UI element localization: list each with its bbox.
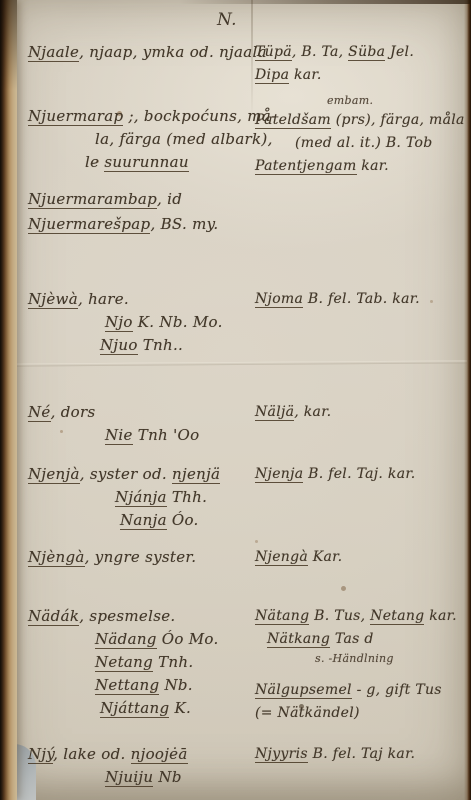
gloss-text: Tnh. <box>153 653 193 671</box>
entry-line: Njèwà, hare. <box>28 288 253 311</box>
entry-line: Nädang Óo Mo. <box>95 628 253 651</box>
entry-line: Nälgupsemel - g, gift Tus <box>255 679 465 702</box>
entry-right-column: Tüpä, B. Ta, Süba Jel.Dipa kar. <box>253 41 465 87</box>
gloss-text: kar. <box>357 158 389 174</box>
entry-line: Né, dors <box>28 401 253 424</box>
entry-line: Tüpä, B. Ta, Süba Jel. <box>255 41 465 64</box>
gloss-text: embam. <box>327 94 373 107</box>
entry-line: embam. <box>327 93 465 109</box>
gloss-text: (= Nätkändel) <box>255 705 360 721</box>
headword: Pateldšam <box>255 112 331 129</box>
gloss-text: , lake od. <box>53 745 130 763</box>
entry-right-column: embam.Pateldšam (prs), färga, måla(med a… <box>253 93 465 178</box>
entry-line: Nätang B. Tus, Netang kar. <box>255 605 465 628</box>
gloss-text: , kar. <box>294 404 331 420</box>
headword: Nälgupsemel <box>255 682 352 699</box>
headword: njoojėā <box>131 745 188 764</box>
gloss-text: la, färga (med albark), <box>95 130 273 148</box>
headword: Tüpä <box>255 44 292 61</box>
entry-line: Njuermarešpap, BS. my. <box>28 213 253 236</box>
gloss-text: (prs), färga, måla <box>331 112 465 128</box>
entry-line: Njaale, njaap, ymka od. njaala <box>28 41 253 64</box>
entry-line: Njèngà, yngre syster. <box>28 546 253 569</box>
entry-left-column: Njèwà, hare.Njo K. Nb. Mo.Njuo Tnh.. <box>17 288 253 357</box>
headword: Njuermarešpap <box>28 215 150 234</box>
entry-line: Nädák, spesmelse. <box>28 605 253 628</box>
gloss-text: Tnh.. <box>138 336 183 354</box>
gloss-text: Tas d <box>330 631 373 647</box>
entry-line: Njáttang K. <box>100 697 253 720</box>
headword: Njoma <box>255 291 303 308</box>
gloss-text: (med al. it.) B. Tob <box>295 135 432 151</box>
gloss-text: - g, gift Tus <box>352 682 442 698</box>
headword: Dipa <box>255 67 289 84</box>
headword: Patentjengam <box>255 158 357 175</box>
gloss-text: , hare. <box>78 290 129 308</box>
headword: Netang <box>95 653 153 672</box>
gloss-text: Tnh 'Oo <box>133 426 200 444</box>
headword: Njo <box>105 313 133 332</box>
entry-line: Njuo Tnh.. <box>100 334 253 357</box>
headword: Netang <box>370 608 424 625</box>
entry-line: Patentjengam kar. <box>255 155 465 178</box>
headword: Né <box>28 403 51 422</box>
dictionary-entry: Njèngà, yngre syster.Njengà Kar. <box>17 546 465 569</box>
headword: Nätkang <box>267 631 330 648</box>
entry-left-column: Njuermarap ;, bockpoćuns, må-la, färga (… <box>17 93 253 178</box>
entry-line: Njengà Kar. <box>255 546 465 569</box>
entry-line: Njoma B. fel. Tab. kar. <box>255 288 465 311</box>
entry-line: Njuermarap ;, bockpoćuns, må- <box>28 105 253 128</box>
headword: Nädák <box>28 607 79 626</box>
headword: Nie <box>105 426 133 445</box>
headword: Nettang <box>95 676 159 695</box>
manuscript-page-photo: N. Njaale, njaap, ymka od. njaalaTüpä, B… <box>0 0 471 800</box>
page-right-edge <box>464 0 471 800</box>
entry-line: Njánja Thh. <box>115 486 253 509</box>
entry-right-column <box>253 213 465 236</box>
headword: Nätang <box>255 608 309 625</box>
entry-line: Njuiju Nb <box>105 766 253 789</box>
entry-right-column: Nätang B. Tus, Netang kar.Nätkang Tas ds… <box>253 605 465 725</box>
dictionary-entry: Njenjà, syster od. njenjäNjánja Thh.Nanj… <box>17 463 465 532</box>
entry-line: le suurunnau <box>85 151 253 174</box>
dictionary-entry: Njuermarešpap, BS. my. <box>17 213 465 236</box>
gloss-text: , dors <box>51 403 96 421</box>
dictionary-entry: Njaale, njaap, ymka od. njaalaTüpä, B. T… <box>17 41 465 87</box>
gloss-text: Thh. <box>167 488 207 506</box>
headword: njenjä <box>172 465 220 484</box>
dictionary-entry: Njuermarambap, id <box>17 188 465 211</box>
headword: Njý <box>28 745 53 764</box>
entry-left-column: Né, dorsNie Tnh 'Oo <box>17 401 253 447</box>
headword: Njengà <box>255 549 308 566</box>
entry-right-column: Njengà Kar. <box>253 546 465 569</box>
entry-line: Nätkang Tas d <box>267 628 465 651</box>
entry-line: Näljä, kar. <box>255 401 465 424</box>
entry-left-column: Njuermarešpap, BS. my. <box>17 213 253 236</box>
gloss-text: B. fel. Taj. kar. <box>303 466 415 482</box>
dictionary-entry: Né, dorsNie Tnh 'OoNäljä, kar. <box>17 401 465 447</box>
gloss-text: kar. <box>289 67 321 83</box>
headword: Nädang <box>95 630 157 649</box>
gloss-text: , spesmelse. <box>79 607 175 625</box>
entry-line: Njyyris B. fel. Taj kar. <box>255 743 465 766</box>
entry-line: Nie Tnh 'Oo <box>105 424 253 447</box>
entry-line: Pateldšam (prs), färga, måla <box>255 109 465 132</box>
gloss-text: Jel. <box>385 44 414 60</box>
entry-right-column: Njoma B. fel. Tab. kar. <box>253 288 465 357</box>
binding-shadow <box>0 0 17 90</box>
entry-left-column: Nädák, spesmelse.Nädang Óo Mo.Netang Tnh… <box>17 605 253 725</box>
entry-left-column: Njaale, njaap, ymka od. njaala <box>17 41 253 87</box>
entry-left-column: Njenjà, syster od. njenjäNjánja Thh.Nanj… <box>17 463 253 532</box>
gloss-text: , id <box>157 190 182 208</box>
page-top-edge <box>0 0 471 4</box>
entry-right-column: Njenja B. fel. Taj. kar. <box>253 463 465 532</box>
section-letter-heading: N. <box>217 10 465 33</box>
dictionary-entry: Nädák, spesmelse.Nädang Óo Mo.Netang Tnh… <box>17 605 465 725</box>
entry-line: Njenjà, syster od. njenjä <box>28 463 253 486</box>
headword: Njuiju <box>105 768 153 787</box>
headword: Njuermarap <box>28 107 123 126</box>
gloss-text: K. Nb. Mo. <box>133 313 223 331</box>
entry-right-column: Näljä, kar. <box>253 401 465 447</box>
headword: Njuo <box>100 336 138 355</box>
entry-line: Njo K. Nb. Mo. <box>105 311 253 334</box>
gloss-text: B. fel. Tab. kar. <box>303 291 420 307</box>
entry-line: Njuermarambap, id <box>28 188 253 211</box>
dictionary-entries: Njaale, njaap, ymka od. njaalaTüpä, B. T… <box>17 41 465 789</box>
dictionary-entry: Njèwà, hare.Njo K. Nb. Mo.Njuo Tnh..Njom… <box>17 288 465 357</box>
headword: Njaale <box>28 43 79 62</box>
gloss-text: kar. <box>424 608 456 624</box>
headword: Njenja <box>255 466 303 483</box>
entry-line: (= Nätkändel) <box>255 702 465 725</box>
entry-line: Njenja B. fel. Taj. kar. <box>255 463 465 486</box>
entry-left-column: Njuermarambap, id <box>17 188 253 211</box>
gloss-text: B. fel. Taj kar. <box>308 746 415 762</box>
gloss-text: , B. Ta, <box>292 44 348 60</box>
headword: suurunnau <box>104 153 188 172</box>
gloss-text: K. <box>169 699 191 717</box>
entry-line: Dipa kar. <box>255 64 465 87</box>
handwritten-content: N. Njaale, njaap, ymka od. njaalaTüpä, B… <box>17 0 465 800</box>
gloss-text: , yngre syster. <box>85 548 197 566</box>
entry-right-column: Njyyris B. fel. Taj kar. <box>253 743 465 789</box>
gloss-text: Nb <box>153 768 181 786</box>
headword: Njyyris <box>255 746 308 763</box>
entry-right-column <box>253 188 465 211</box>
gloss-text: s. -Händlning <box>315 652 394 665</box>
book-binding-edge <box>0 0 17 800</box>
headword: Süba <box>348 44 385 61</box>
gloss-text: , BS. my. <box>150 215 218 233</box>
gloss-text: , njaap, ymka od. njaala <box>79 43 267 61</box>
headword: Njèwà <box>28 290 78 309</box>
headword: Njánja <box>115 488 167 507</box>
entry-line: Njý, lake od. njoojėā <box>28 743 253 766</box>
headword: Njuermarambap <box>28 190 157 209</box>
headword: Njáttang <box>100 699 169 718</box>
headword: Näljä <box>255 404 294 421</box>
headword: Nanja <box>120 511 167 530</box>
headword: Njenjà <box>28 465 80 484</box>
entry-line: Netang Tnh. <box>95 651 253 674</box>
entry-left-column: Njý, lake od. njoojėāNjuiju Nb <box>17 743 253 789</box>
gloss-text: Óo. <box>167 511 199 529</box>
gloss-text: B. Tus, <box>309 608 370 624</box>
headword: Njèngà <box>28 548 85 567</box>
gloss-text: , syster od. <box>80 465 172 483</box>
dictionary-entry: Njuermarap ;, bockpoćuns, må-la, färga (… <box>17 93 465 178</box>
gloss-text: Kar. <box>308 549 342 565</box>
entry-left-column: Njèngà, yngre syster. <box>17 546 253 569</box>
gloss-text: le <box>85 153 104 171</box>
entry-line: (med al. it.) B. Tob <box>295 132 465 155</box>
entry-line: s. -Händlning <box>315 651 465 667</box>
entry-line: Nettang Nb. <box>95 674 253 697</box>
gloss-text: Nb. <box>159 676 192 694</box>
entry-line: la, färga (med albark), <box>95 128 253 151</box>
gloss-text: Óo Mo. <box>157 630 219 648</box>
dictionary-entry: Njý, lake od. njoojėāNjuiju NbNjyyris B.… <box>17 743 465 789</box>
entry-line: Nanja Óo. <box>120 509 253 532</box>
